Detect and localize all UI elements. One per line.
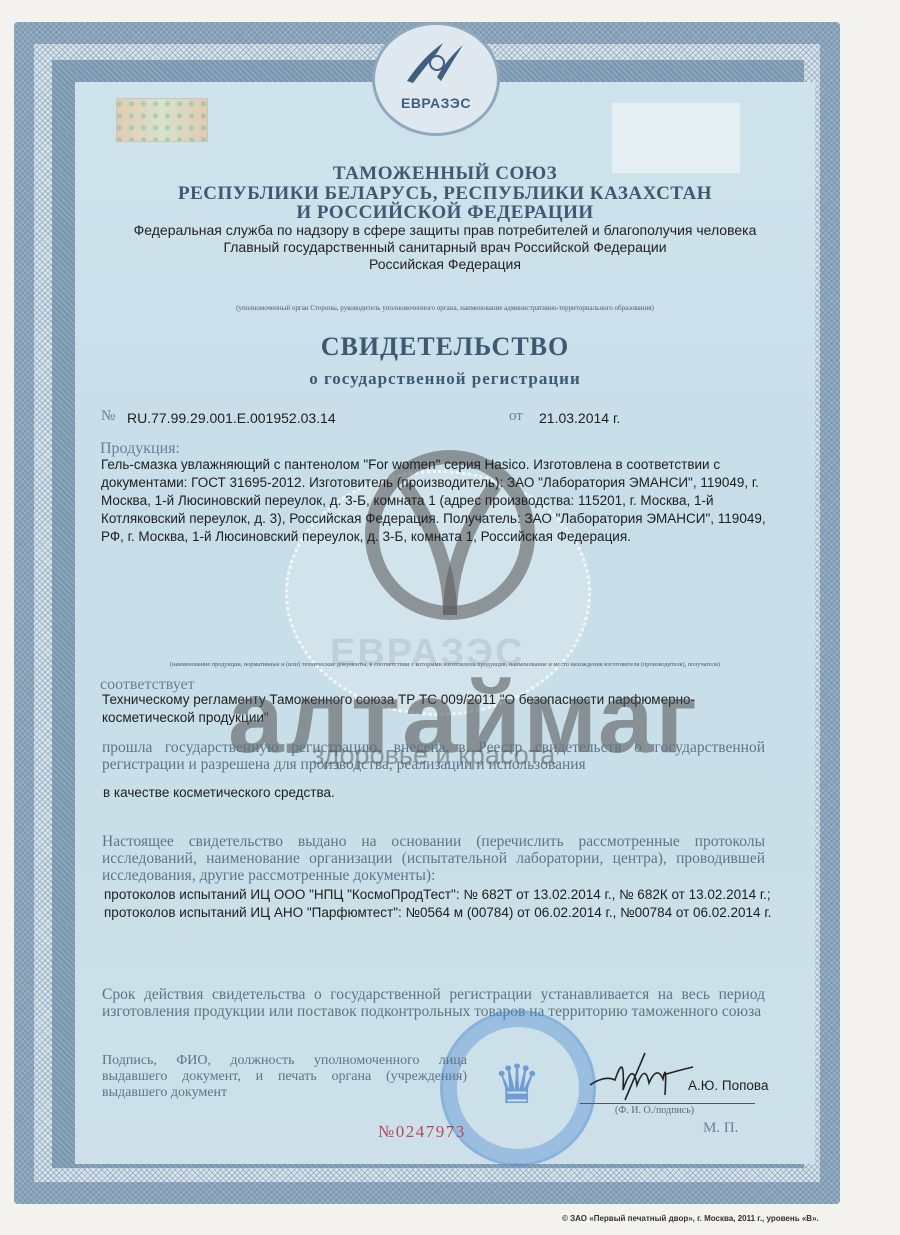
registration-number-label: № [101, 408, 115, 425]
union-title-line1: ТАМОЖЕННЫЙ СОЮЗ [75, 163, 815, 185]
double-headed-eagle-icon: ♛ [482, 1050, 552, 1122]
registration-number: RU.77.99.29.001.Е.001952.03.14 [127, 410, 336, 426]
product-description: Гель-смазка увлажняющий с пантенолом "Fo… [101, 456, 771, 546]
signer-caption: (Ф. И. О./подпись) [615, 1105, 694, 1116]
usage-purpose: в качестве косметического средства. [103, 784, 335, 802]
registration-date: 21.03.2014 г. [539, 410, 620, 426]
logo-text: ЕВРАЗЭС [401, 95, 471, 111]
document-subtitle: о государственной регистрации [75, 369, 815, 389]
watermark-tagline: здоровье и красота [312, 740, 555, 771]
agency-line1: Федеральная служба по надзору в сфере за… [75, 222, 815, 238]
seal-placement-label: М. П. [703, 1120, 738, 1137]
form-serial-number: №0247973 [378, 1122, 466, 1142]
handwritten-signature-icon [585, 1045, 695, 1105]
agency-line3: Российская Федерация [75, 256, 815, 272]
agency-caption: (уполномоченный орган Стороны, руководит… [75, 304, 815, 312]
eurasec-logo: ЕВРАЗЭС [372, 22, 500, 136]
union-title-line3: И РОССИЙСКОЙ ФЕДЕРАЦИИ [75, 202, 815, 224]
eurasec-emblem-icon [403, 37, 467, 87]
registration-date-label: от [509, 408, 523, 425]
signature-caption: Подпись, ФИО, должность уполномоченного … [102, 1053, 467, 1101]
document-title: СВИДЕТЕЛЬСТВО [75, 332, 815, 362]
test-protocols: протоколов испытаний ИЦ ООО "НПЦ "КосмоП… [104, 886, 774, 922]
agency-line2: Главный государственный санитарный врач … [75, 239, 815, 255]
validity-statement: Срок действия свидетельства о государств… [102, 986, 765, 1020]
signature-line [580, 1103, 755, 1104]
hologram-sticker [116, 98, 208, 142]
printer-copyright: © ЗАО «Первый печатный двор», г. Москва,… [562, 1214, 819, 1223]
signer-name: А.Ю. Попова [688, 1078, 768, 1093]
basis-statement: Настоящее свидетельство выдано на основа… [102, 833, 765, 884]
